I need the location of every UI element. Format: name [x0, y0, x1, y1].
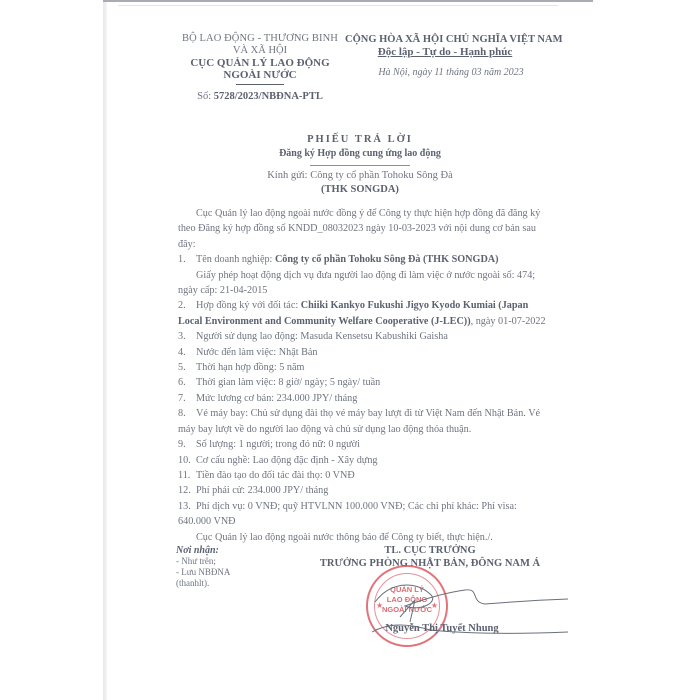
- item-number: 11.: [178, 468, 196, 483]
- item-number: 3.: [178, 329, 196, 344]
- document-body: Cục Quản lý lao động ngoài nước đồng ý đ…: [178, 206, 548, 545]
- list-item: 10.Cơ cấu nghề: Lao động đặc định - Xây …: [178, 453, 548, 468]
- item-number: 10.: [178, 453, 196, 468]
- signature-block: TL. CỤC TRƯỞNG TRƯỞNG PHÒNG NHẬT BẢN, ĐÔ…: [300, 544, 560, 635]
- official-document: BỘ LAO ĐỘNG - THƯƠNG BINH VÀ XÃ HỘI CỤC …: [0, 0, 700, 700]
- closing-paragraph: Cục Quản lý lao động ngoài nước thông bá…: [178, 530, 548, 545]
- item-number: 4.: [178, 345, 196, 360]
- item-number: 1.: [178, 252, 196, 267]
- list-item: 1.Tên doanh nghiệp: Công ty cổ phần Toho…: [178, 252, 548, 267]
- item-number: 13.: [178, 499, 196, 514]
- intro-paragraph: Cục Quản lý lao động ngoài nước đồng ý đ…: [178, 206, 548, 252]
- signer-name: Nguyễn Thị Tuyết Nhung: [300, 622, 560, 635]
- item-number: 12.: [178, 483, 196, 498]
- item-value: Công ty cổ phần Tohoku Sông Đà (THK SONG…: [275, 254, 499, 265]
- item-list: 1.Tên doanh nghiệp: Công ty cổ phần Toho…: [178, 252, 548, 529]
- list-item: 3.Người sử dụng lao động: Masuda Kensets…: [178, 329, 548, 344]
- document-subject: Đăng ký Hợp đồng cung ứng lao động: [240, 147, 480, 161]
- agency-name-line2: NGOÀI NƯỚC: [170, 69, 350, 81]
- list-item: 9.Số lượng: 1 người; trong đó nữ: 0 ngườ…: [178, 437, 548, 452]
- item-number: 7.: [178, 391, 196, 406]
- item-number: 8.: [178, 406, 196, 421]
- list-item: 2.Hợp đồng ký với đối tác: Chiiki Kankyo…: [178, 298, 548, 329]
- national-motto: Độc lập - Tự do - Hạnh phúc: [345, 46, 545, 59]
- recipients-block: Nơi nhận: - Như trên; - Lưu NBĐNA (thanh…: [176, 545, 230, 589]
- recipient-line: - Lưu NBĐNA: [176, 567, 230, 578]
- reference-number-value: 5728/2023/NBĐNA-PTL: [214, 91, 323, 102]
- item-value: Chiiki Kankyo Fukushi Jigyo Kyodo Kumiai…: [178, 300, 528, 326]
- signing-authority: TL. CỤC TRƯỞNG: [300, 544, 560, 557]
- list-item: 8.Vé máy bay: Chủ sử dụng đài thọ vé máy…: [178, 406, 548, 437]
- list-item: 5.Thời hạn hợp đồng: 5 năm: [178, 360, 548, 375]
- document-title-block: PHIẾU TRẢ LỜI Đăng ký Hợp đồng cung ứng …: [240, 133, 480, 197]
- reference-number: Số: 5728/2023/NBĐNA-PTL: [170, 91, 350, 103]
- list-item: 13.Phí dịch vụ: 0 VNĐ; quỹ HTVLNN 100.00…: [178, 499, 548, 530]
- item-number: 2.: [178, 298, 196, 313]
- recipient-line: (thanhlt).: [176, 578, 230, 589]
- signer-position: TRƯỞNG PHÒNG NHẬT BẢN, ĐÔNG NAM Á: [300, 557, 560, 570]
- addressee: Kính gửi: Công ty cổ phần Tohoku Sông Đà: [240, 169, 480, 183]
- agency-underline: [236, 84, 284, 85]
- addressee-short-name: (THK SONGDA): [240, 183, 480, 197]
- agency-name-line1: CỤC QUẢN LÝ LAO ĐỘNG: [170, 57, 350, 69]
- item-number: 9.: [178, 437, 196, 452]
- document-type: PHIẾU TRẢ LỜI: [240, 133, 480, 147]
- list-item: Giấy phép hoạt động dịch vụ đưa người la…: [178, 268, 548, 299]
- list-item: 11.Tiền đào tạo do đối tác đài thọ: 0 VN…: [178, 468, 548, 483]
- ministry-name-line1: BỘ LAO ĐỘNG - THƯƠNG BINH: [170, 33, 350, 45]
- list-item: 4.Nước đến làm việc: Nhật Bản: [178, 345, 548, 360]
- issuing-agency-header: BỘ LAO ĐỘNG - THƯƠNG BINH VÀ XÃ HỘI CỤC …: [170, 33, 350, 103]
- title-divider: [310, 165, 410, 166]
- national-header: CỘNG HÒA XÃ HỘI CHỦ NGHĨA VIỆT NAM Độc l…: [345, 33, 545, 79]
- list-item: 6.Thời gian làm việc: 8 giờ/ ngày; 5 ngà…: [178, 375, 548, 390]
- recipients-heading: Nơi nhận:: [176, 545, 230, 556]
- ministry-name-line2: VÀ XÃ HỘI: [170, 45, 350, 57]
- document-date: Hà Nội, ngày 11 tháng 03 năm 2023: [345, 66, 545, 79]
- item-number: 5.: [178, 360, 196, 375]
- nation-name: CỘNG HÒA XÃ HỘI CHỦ NGHĨA VIỆT NAM: [345, 33, 545, 46]
- item-number: 6.: [178, 375, 196, 390]
- recipient-line: - Như trên;: [176, 556, 230, 567]
- list-item: 7.Mức lương cơ bản: 234.000 JPY/ tháng: [178, 391, 548, 406]
- list-item: 12.Phí phái cử: 234.000 JPY/ tháng: [178, 483, 548, 498]
